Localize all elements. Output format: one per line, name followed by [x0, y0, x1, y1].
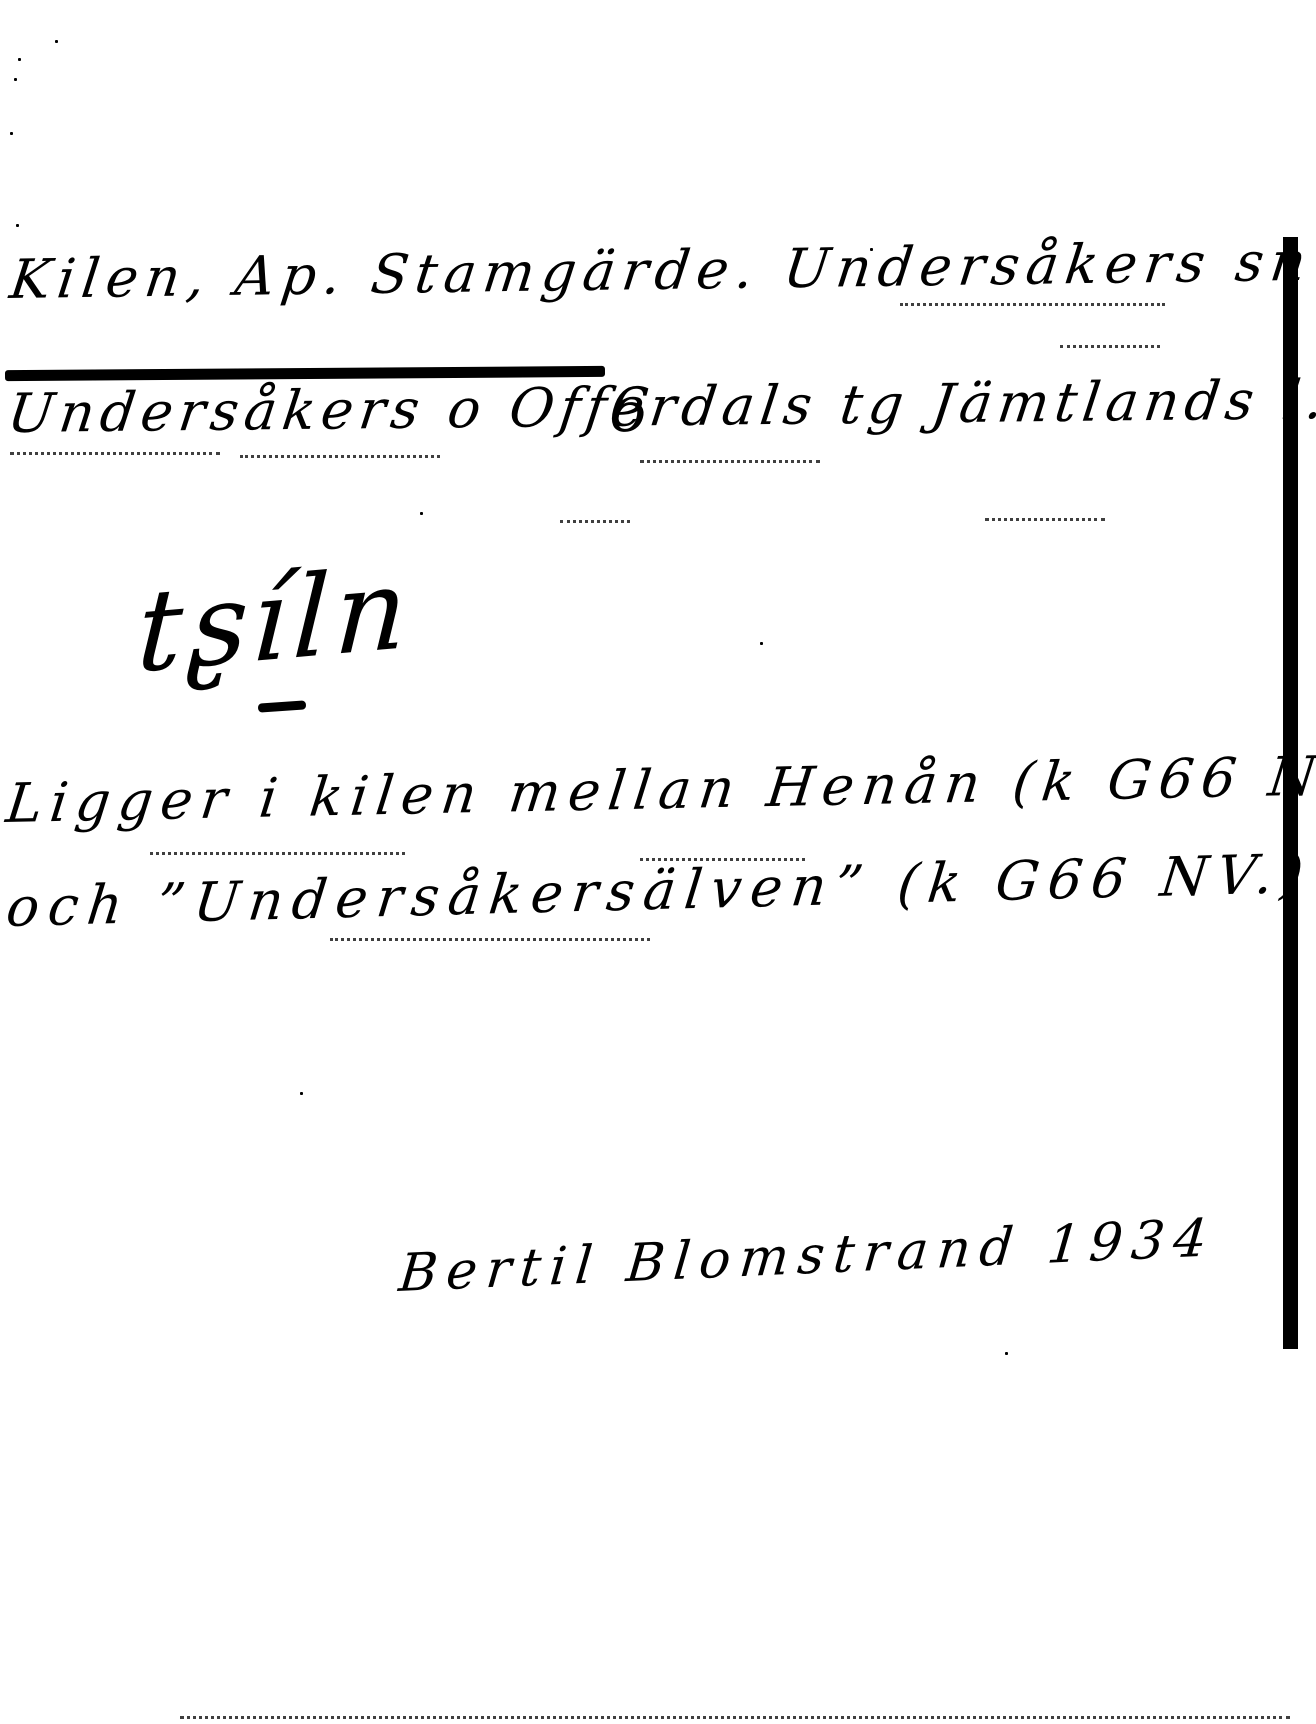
- bottom-edge-artifact: [180, 1716, 1290, 1719]
- ruled-line-artifact: [640, 858, 805, 861]
- ruled-line-artifact: [150, 852, 405, 855]
- location-line-2-text: och ”Undersåkersälven” (k G66 NV.): [3, 842, 1315, 939]
- phonetic-transcription: tʂíln: [132, 544, 419, 698]
- header-line: Kilen, Ap. Stamgärde. Undersåkers sn: [10, 230, 1313, 311]
- signature-text: Bertil Blomstrand 1934: [396, 1208, 1218, 1304]
- district-line: Undersåkers o Offerdals tg Jämtlands l.: [8, 368, 1316, 445]
- scan-speck: [16, 224, 19, 227]
- scanned-archive-card: Kilen, Ap. Stamgärde. Undersåkers sn 6 U…: [0, 0, 1316, 1724]
- scan-speck: [870, 248, 873, 251]
- signature: Bertil Blomstrand 1934: [398, 1208, 1217, 1304]
- district-line-text: Undersåkers o Offerdals tg Jämtlands l.: [4, 368, 1316, 445]
- scan-speck: [10, 132, 13, 135]
- ruled-line-artifact: [560, 520, 630, 523]
- phonetic-length-mark: [258, 700, 307, 712]
- scan-speck: [14, 78, 17, 81]
- ruled-line-artifact: [240, 455, 440, 458]
- location-line-2: och ”Undersåkersälven” (k G66 NV.): [6, 842, 1313, 939]
- ruled-line-artifact: [640, 460, 820, 463]
- scan-speck: [760, 642, 763, 645]
- header-rest: , Ap. Stamgärde. Undersåkers sn: [183, 230, 1316, 309]
- ruled-line-artifact: [10, 452, 220, 455]
- scan-speck: [1005, 1352, 1008, 1355]
- scan-speck: [300, 1092, 303, 1095]
- scan-speck: [55, 40, 58, 43]
- ruled-line-artifact: [1060, 345, 1160, 348]
- scan-speck: [18, 58, 21, 61]
- scan-speck: [420, 512, 423, 515]
- location-line-1: Ligger i kilen mellan Henån (k G66 NV): [6, 743, 1316, 835]
- scan-border-bar: [1283, 237, 1298, 1349]
- location-line-1-text: Ligger i kilen mellan Henån (k G66 NV): [3, 743, 1316, 835]
- ruled-line-artifact: [330, 938, 650, 941]
- phonetic-text: tʂíln: [134, 543, 416, 698]
- headword: Kilen: [6, 245, 191, 311]
- ruled-line-artifact: [900, 303, 1165, 306]
- ruled-line-artifact: [985, 518, 1105, 521]
